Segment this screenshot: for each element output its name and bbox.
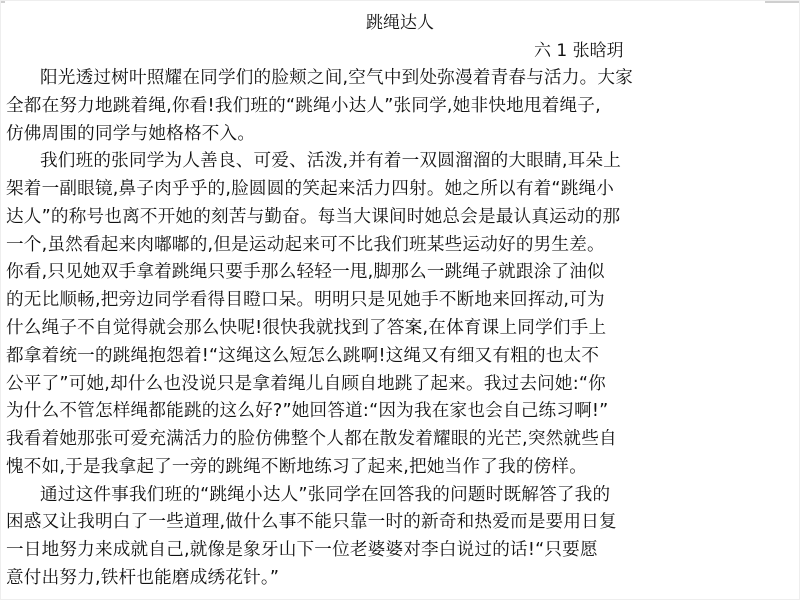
- text-line: 公平了”可她,却什么也没说只是拿着绳儿自顾自地跳了起来。我过去问她:“你: [6, 370, 606, 395]
- text-line: 什么绳子不自觉得就会那么快呢!很快我就找到了答案,在体育课上同学们手上: [6, 314, 606, 339]
- text-line: 都拿着统一的跳绳抱怨着!“这绳这么短怎么跳啊!这绳又有细又有粗的也太不: [6, 342, 599, 367]
- essay-author: 六 1 张晗玥: [534, 36, 624, 61]
- text-line: 阳光透过树叶照耀在同学们的脸颊之间,空气中到处弥漫着青春与活力。大家: [6, 64, 633, 89]
- text-line: 的无比顺畅,把旁边同学看得目瞪口呆。明明只是见她手不断地来回挥动,可为: [6, 286, 605, 311]
- text-line: 我们班的张同学为人善良、可爱、活泼,并有着一双圆溜溜的大眼睛,耳朵上: [6, 147, 621, 172]
- text-line: 一个,虽然看起来肉嘟嘟的,但是运动起来可不比我们班某些运动好的男生差。: [6, 231, 605, 256]
- text-line: 我看着她那张可爱充满活力的脸仿佛整个人都在散发着耀眼的光芒,突然就些自: [6, 425, 617, 450]
- text-line: 全都在努力地跳着绳,你看!我们班的“跳绳小达人”张同学,她非快地甩着绳子,: [6, 92, 601, 117]
- text-line: 仿佛周围的同学与她格格不入。: [6, 120, 255, 145]
- text-line: 达人”的称号也离不开她的刻苦与勤奋。每当大课间时她总会是最认真运动的那: [6, 203, 620, 228]
- text-line: 一日地努力来成就自己,就像是象牙山下一位老婆婆对李白说过的话!“只要愿: [6, 536, 598, 561]
- page-corner-mark-right: [765, 1, 799, 3]
- essay-title: 跳绳达人: [0, 8, 800, 33]
- text-line: 困惑又让我明白了一些道理,做什么事不能只靠一时的新奇和热爱而是要用日复: [6, 508, 617, 533]
- text-line: 架着一副眼镜,鼻子肉乎乎的,脸圆圆的笑起来活力四射。她之所以有着“跳绳小: [6, 175, 614, 200]
- page-corner-mark-left: [1, 1, 5, 3]
- text-line: 通过这件事我们班的“跳绳小达人”张同学在回答我的问题时既解答了我的: [6, 481, 610, 506]
- text-line: 你看,只见她双手拿着跳绳只要手那么轻轻一甩,脚那么一跳绳子就跟涂了油似: [6, 258, 605, 283]
- text-line: 愧不如,于是我拿起了一旁的跳绳不断地练习了起来,把她当作了我的傍样。: [6, 453, 587, 478]
- text-line: 意付出努力,铁杆也能磨成绣花针。”: [6, 564, 279, 589]
- text-line: 为什么不管怎样绳都能跳的这么好?”她回答道:“因为我在家也会自己练习啊!”: [6, 397, 608, 422]
